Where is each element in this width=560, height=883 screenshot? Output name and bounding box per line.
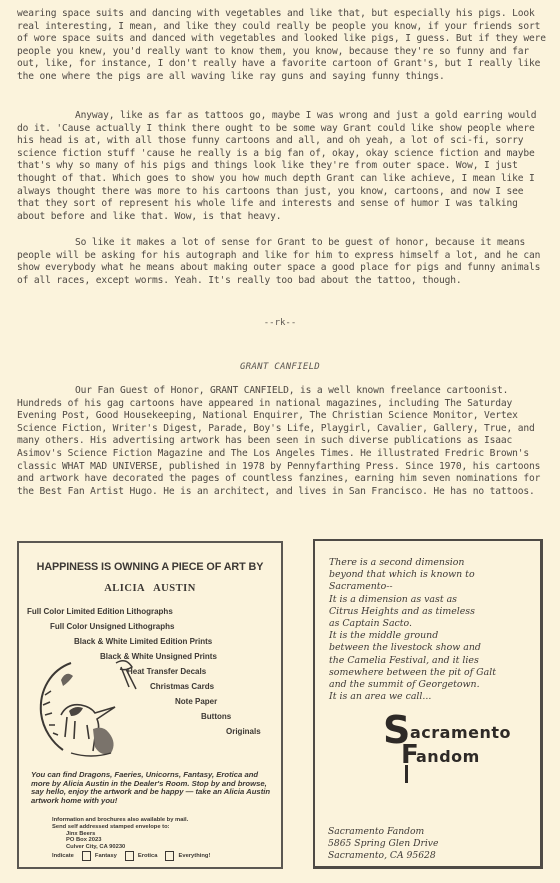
article-paragraph-2: Anyway, like as far as tattoos go, maybe… <box>17 110 547 223</box>
paragraph-text: So like it makes a lot of sense for Gran… <box>17 237 547 287</box>
sacramento-fandom-logo: S acramento F andom <box>383 715 533 795</box>
logo-line-2: andom <box>416 747 480 766</box>
option-label: Everything! <box>178 853 210 860</box>
logo-line-1: acramento <box>410 723 511 742</box>
mail-info-line: Information and brochures also available… <box>52 817 210 824</box>
author-signature: --rk-- <box>0 318 560 328</box>
product-item: Note Paper <box>175 697 217 706</box>
mail-info-line: Send self addressed stamped envelope to: <box>52 824 210 831</box>
ad-verse: There is a second dimension beyond that … <box>329 557 534 703</box>
ad-blurb: You can find Dragons, Faeries, Unicorns,… <box>31 771 276 805</box>
indicate-label: Indicate <box>52 853 74 860</box>
product-item: Black & White Limited Edition Prints <box>74 637 212 646</box>
indicate-options: Indicate Fantasy Erotica Everything! <box>52 851 210 861</box>
product-item: Buttons <box>201 712 231 721</box>
product-item: Christmas Cards <box>150 682 214 691</box>
ad-artist-name: ALICIA AUSTIN <box>19 583 281 594</box>
mail-address-line: Jinx Beers <box>52 831 210 838</box>
ad-address: Sacramento Fandom 5865 Spring Glen Drive… <box>328 826 438 862</box>
mail-address-line: Culver City, CA 90230 <box>52 844 210 851</box>
ad-headline: HAPPINESS IS OWNING A PIECE OF ART BY <box>19 561 281 573</box>
bio-paragraph: Our Fan Guest of Honor, GRANT CANFIELD, … <box>17 385 547 498</box>
paragraph-text: wearing space suits and dancing with veg… <box>17 8 547 84</box>
article-paragraph-3: So like it makes a lot of sense for Gran… <box>17 237 547 287</box>
product-item: Full Color Limited Edition Lithographs <box>27 607 173 616</box>
option-label: Erotica <box>138 853 158 860</box>
paragraph-text: Our Fan Guest of Honor, GRANT CANFIELD, … <box>17 385 547 498</box>
unicorn-illustration <box>31 655 141 760</box>
fantasy-checkbox[interactable] <box>82 851 91 861</box>
option-label: Fantasy <box>95 853 117 860</box>
bio-heading: GRANT CANFIELD <box>0 362 560 372</box>
logo-stem <box>405 765 408 783</box>
mail-address-line: PO Box 2023 <box>52 837 210 844</box>
product-item: Full Color Unsigned Lithographs <box>50 622 174 631</box>
alicia-austin-ad: HAPPINESS IS OWNING A PIECE OF ART BY AL… <box>17 541 283 869</box>
everything-checkbox[interactable] <box>165 851 174 861</box>
article-paragraph-1: wearing space suits and dancing with veg… <box>17 8 547 84</box>
product-item: Originals <box>226 727 261 736</box>
sacramento-fandom-ad: There is a second dimension beyond that … <box>313 539 543 869</box>
paragraph-text: Anyway, like as far as tattoos go, maybe… <box>17 110 547 223</box>
mail-order-info: Information and brochures also available… <box>52 817 210 861</box>
erotica-checkbox[interactable] <box>125 851 134 861</box>
